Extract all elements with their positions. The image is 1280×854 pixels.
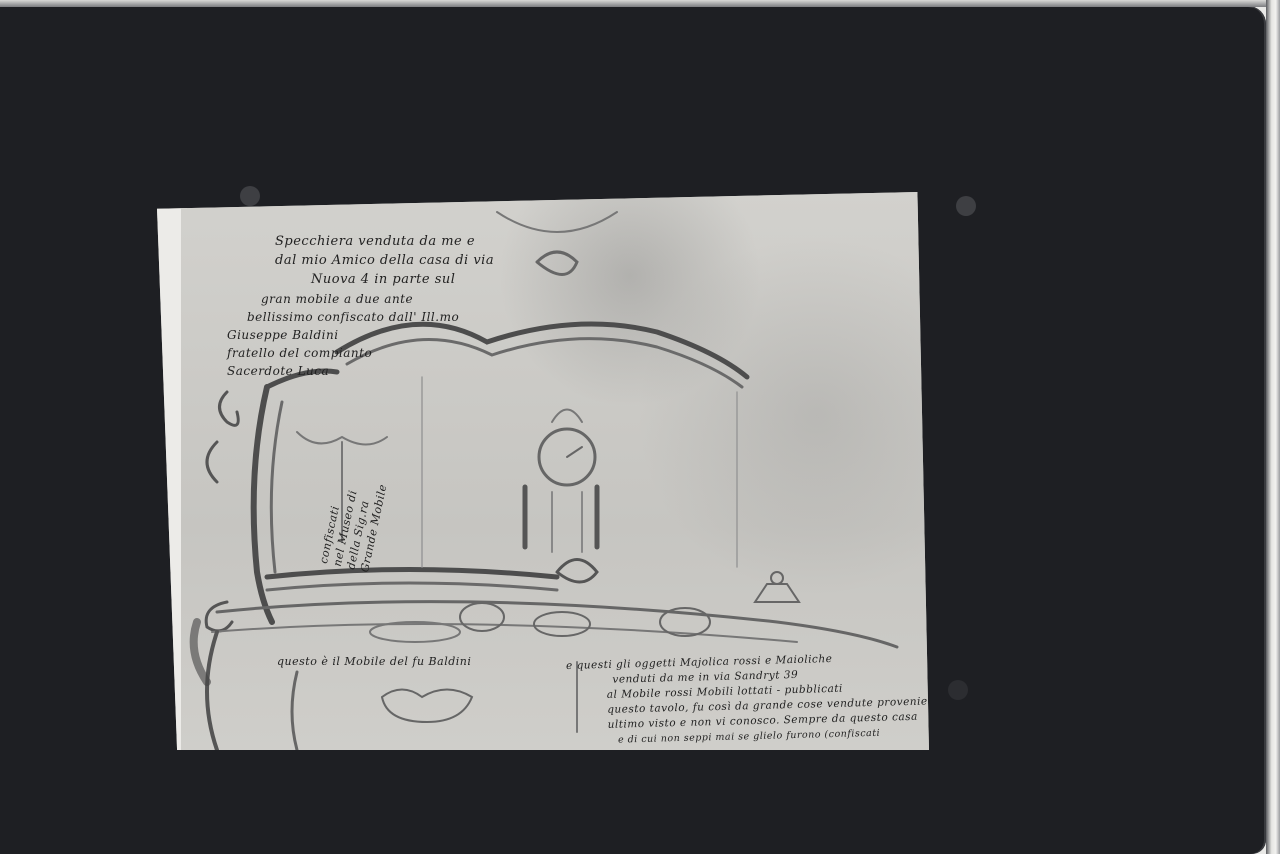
mount-pin-top-right: [956, 196, 976, 216]
drawing-sheet: Specchiera venduta da me e dal mio Amico…: [157, 192, 929, 750]
note-line: dal mio Amico della casa di via: [275, 251, 494, 270]
note-line: fratello del compianto: [227, 344, 459, 362]
bottom-right-handwritten-note: e questi gli oggetti Majolica rossi e Ma…: [566, 649, 929, 749]
mount-pin-top-left: [240, 186, 260, 206]
note-line: bellissimo confiscato dall' Ill.mo: [227, 308, 459, 326]
console-caption: questo è il Mobile del fu Baldini: [277, 655, 471, 668]
top-handwritten-note-continued: gran mobile a due ante bellissimo confis…: [227, 290, 459, 380]
note-line: Specchiera venduta da me e: [275, 232, 494, 251]
mount-pin-bottom-right: [948, 680, 968, 700]
top-frame-edge: [0, 0, 1280, 7]
note-line: Sacerdote Luca: [227, 362, 459, 380]
note-line: Nuova 4 in parte sul: [275, 270, 494, 289]
note-line: gran mobile a due ante: [227, 290, 459, 308]
right-frame-edge: [1266, 0, 1280, 854]
top-handwritten-note: Specchiera venduta da me e dal mio Amico…: [275, 232, 494, 289]
note-line: Giuseppe Baldini: [227, 326, 459, 344]
